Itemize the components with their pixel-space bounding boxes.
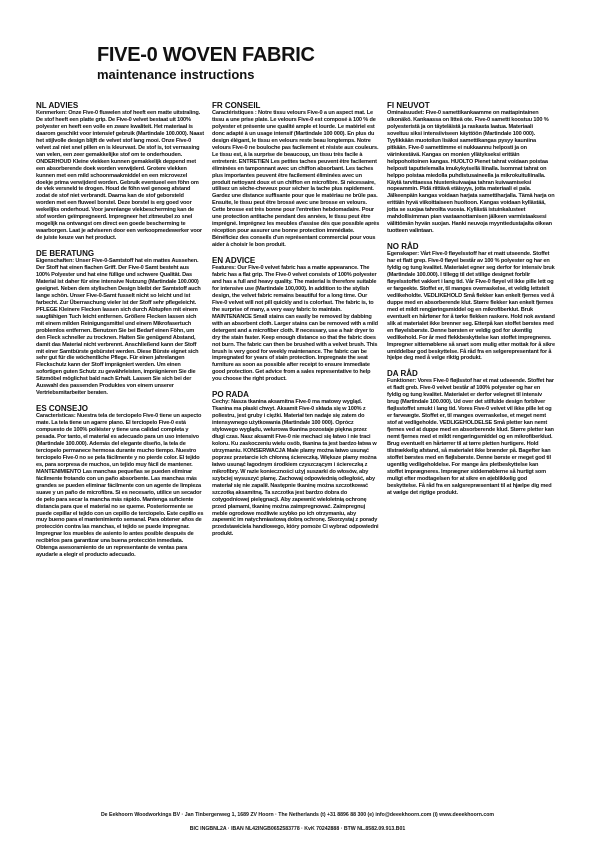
- section-fr: FR CONSEIL Caractéristiques : Notre tiss…: [212, 101, 380, 249]
- section-body-es: Características: Nuestra tela de terciop…: [36, 413, 204, 559]
- section-body-en: Features: Our Five-0 velvet fabric has a…: [212, 265, 380, 383]
- column-1: NL ADVIES Kenmerken: Onze Five-0 fluwele…: [36, 101, 204, 566]
- section-heading-de: DE BERATUNG: [36, 249, 204, 258]
- section-body-de: Eigenschaften: Unser Five-0-Samtstoff ha…: [36, 258, 204, 397]
- footer-contact-line: De Eekhoorn Woodworkings BV · Jan Tinber…: [0, 812, 595, 818]
- section-heading-es: ES CONSEJO: [36, 404, 204, 413]
- section-body-fr: Caractéristiques : Notre tissu velours F…: [212, 110, 380, 249]
- footer-banking-line: BIC INGBNL2A · IBAN NL42INGB0652583778 ·…: [0, 826, 595, 832]
- section-heading-no: NO RÅD: [387, 242, 555, 251]
- section-en: EN ADVICE Features: Our Five-0 velvet fa…: [212, 256, 380, 383]
- document-title: FIVE-0 WOVEN FABRIC: [97, 44, 315, 67]
- section-body-nl: Kenmerken: Onze Five-0 fluwelen stof hee…: [36, 110, 204, 242]
- section-nl: NL ADVIES Kenmerken: Onze Five-0 fluwele…: [36, 101, 204, 242]
- column-2: FR CONSEIL Caractéristiques : Notre tiss…: [212, 101, 380, 545]
- section-de: DE BERATUNG Eigenschaften: Unser Five-0-…: [36, 249, 204, 397]
- section-da: DA RÅD Funktioner: Vores Five-0 fløjlsst…: [387, 369, 555, 496]
- section-heading-en: EN ADVICE: [212, 256, 380, 265]
- section-heading-da: DA RÅD: [387, 369, 555, 378]
- section-body-pl: Cechy: Nasza tkanina aksamitna Five-0 ma…: [212, 399, 380, 538]
- section-no: NO RÅD Egenskaper: Vårt Five-0 fløyelsst…: [387, 242, 555, 362]
- section-heading-pl: PO RADA: [212, 390, 380, 399]
- section-pl: PO RADA Cechy: Nasza tkanina aksamitna F…: [212, 390, 380, 538]
- section-fi: FI NEUVOT Ominaisuudet: Five-0 samettika…: [387, 101, 555, 235]
- document-subtitle: maintenance instructions: [97, 67, 254, 82]
- section-es: ES CONSEJO Características: Nuestra tela…: [36, 404, 204, 559]
- section-body-da: Funktioner: Vores Five-0 fløjlsstof har …: [387, 378, 555, 496]
- section-heading-fi: FI NEUVOT: [387, 101, 555, 110]
- section-heading-fr: FR CONSEIL: [212, 101, 380, 110]
- column-3: FI NEUVOT Ominaisuudet: Five-0 samettika…: [387, 101, 555, 504]
- section-heading-nl: NL ADVIES: [36, 101, 204, 110]
- section-body-fi: Ominaisuudet: Five-0 samettikankaamme on…: [387, 110, 555, 235]
- section-body-no: Egenskaper: Vårt Five-0 fløyelsstoff har…: [387, 251, 555, 362]
